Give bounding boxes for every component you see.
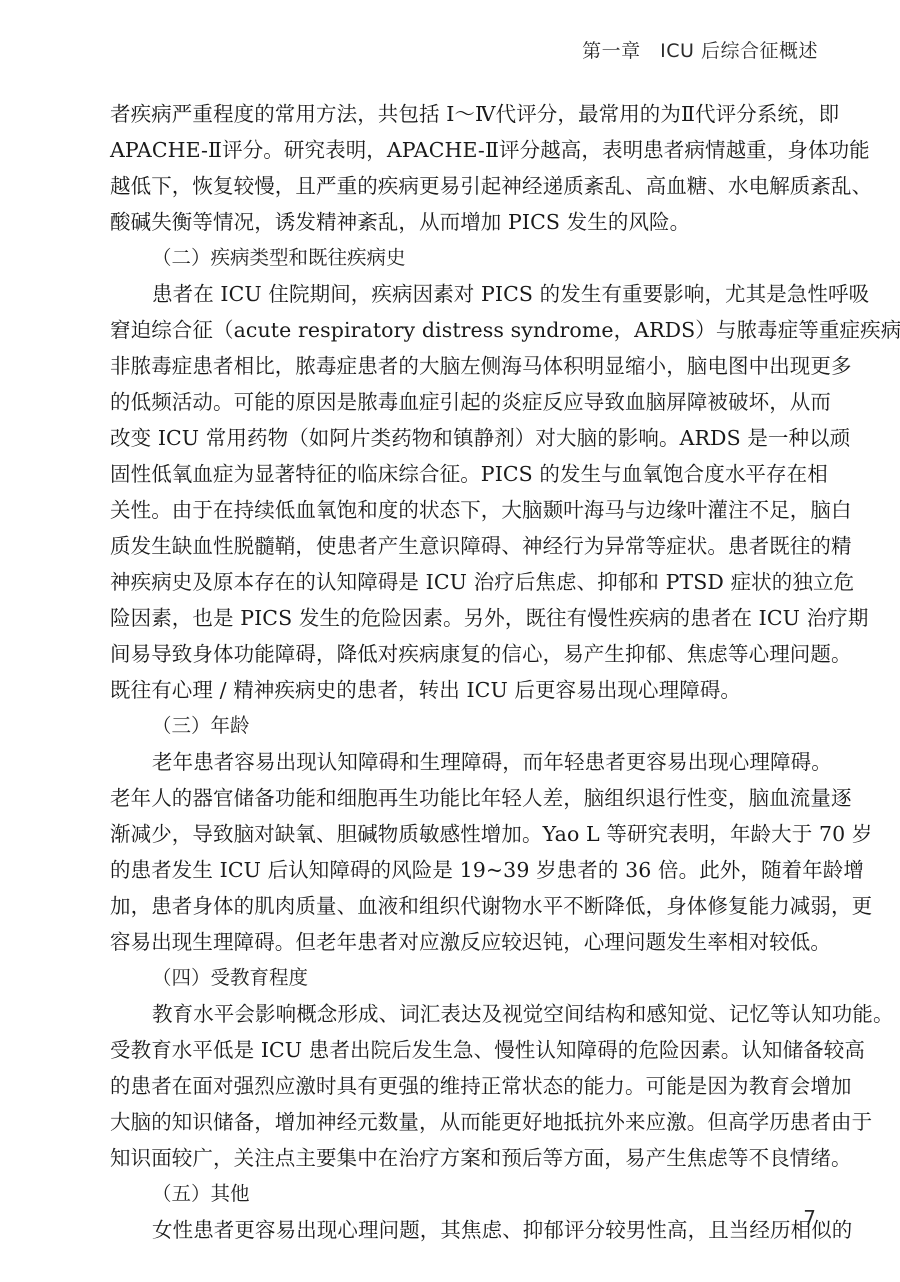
text-line: 越低下，恢复较慢，且严重的疾病更易引起神经递质紊乱、高血糖、水电解质紊乱、 bbox=[110, 168, 820, 204]
text-line: 神疾病史及原本存在的认知障碍是 ICU 治疗后焦虑、抑郁和 PTSD 症状的独立… bbox=[110, 564, 820, 600]
text-line: 既往有心理 / 精神疾病史的患者，转出 ICU 后更容易出现心理障碍。 bbox=[110, 672, 820, 708]
text-line: 受教育水平低是 ICU 患者出院后发生急、慢性认知障碍的危险因素。认知储备较高 bbox=[110, 1032, 820, 1068]
text-line: 的患者在面对强烈应激时具有更强的维持正常状态的能力。可能是因为教育会增加 bbox=[110, 1068, 820, 1104]
text-line: 渐减少，导致脑对缺氧、胆碱物质敏感性增加。Yao L 等研究表明，年龄大于 70… bbox=[110, 816, 820, 852]
paragraph-disease-type: 患者在 ICU 住院期间，疾病因素对 PICS 的发生有重要影响，尤其是急性呼吸… bbox=[110, 276, 820, 708]
text-line: 教育水平会影响概念形成、词汇表达及视觉空间结构和感知觉、记忆等认知功能。 bbox=[110, 996, 820, 1032]
text-line: 患者在 ICU 住院期间，疾病因素对 PICS 的发生有重要影响，尤其是急性呼吸 bbox=[110, 276, 820, 312]
text-line: 大脑的知识储备，增加神经元数量，从而能更好地抵抗外来应激。但高学历患者由于 bbox=[110, 1104, 820, 1140]
text-line: 女性患者更容易出现心理问题，其焦虑、抑郁评分较男性高，且当经历相似的 bbox=[110, 1212, 820, 1248]
text-line: 间易导致身体功能障碍，降低对疾病康复的信心，易产生抑郁、焦虑等心理问题。 bbox=[110, 636, 820, 672]
text-line: 加，患者身体的肌肉质量、血液和组织代谢物水平不断降低，身体修复能力减弱，更 bbox=[110, 888, 820, 924]
text-line: 险因素，也是 PICS 发生的危险因素。另外，既往有慢性疾病的患者在 ICU 治… bbox=[110, 600, 820, 636]
text-line: 窘迫综合征（acute respiratory distress syndrom… bbox=[110, 312, 820, 348]
section-heading-education: （四）受教育程度 bbox=[110, 960, 820, 996]
running-header: 第一章 ICU 后综合征概述 bbox=[582, 36, 818, 63]
text-line: APACHE-Ⅱ评分。研究表明，APACHE-Ⅱ评分越高，表明患者病情越重，身体… bbox=[110, 132, 820, 168]
paragraph-education: 教育水平会影响概念形成、词汇表达及视觉空间结构和感知觉、记忆等认知功能。 受教育… bbox=[110, 996, 820, 1176]
paragraph-other: 女性患者更容易出现心理问题，其焦虑、抑郁评分较男性高，且当经历相似的 bbox=[110, 1212, 820, 1248]
text-line: 知识面较广，关注点主要集中在治疗方案和预后等方面，易产生焦虑等不良情绪。 bbox=[110, 1140, 820, 1176]
text-line: 酸碱失衡等情况，诱发精神紊乱，从而增加 PICS 发生的风险。 bbox=[110, 204, 820, 240]
text-line: 容易出现生理障碍。但老年患者对应激反应较迟钝，心理问题发生率相对较低。 bbox=[110, 924, 820, 960]
text-line: 的患者发生 ICU 后认知障碍的风险是 19~39 岁患者的 36 倍。此外，随… bbox=[110, 852, 820, 888]
text-line: 关性。由于在持续低血氧饱和度的状态下，大脑颞叶海马与边缘叶灌注不足，脑白 bbox=[110, 492, 820, 528]
paragraph-age: 老年患者容易出现认知障碍和生理障碍，而年轻患者更容易出现心理障碍。 老年人的器官… bbox=[110, 744, 820, 960]
text-line: 者疾病严重程度的常用方法，共包括 Ⅰ～Ⅳ代评分，最常用的为Ⅱ代评分系统，即 bbox=[110, 96, 820, 132]
text-line: 固性低氧血症为显著特征的临床综合征。PICS 的发生与血氧饱合度水平存在相 bbox=[110, 456, 820, 492]
paragraph-intro: 者疾病严重程度的常用方法，共包括 Ⅰ～Ⅳ代评分，最常用的为Ⅱ代评分系统，即 AP… bbox=[110, 96, 820, 240]
text-line: 老年患者容易出现认知障碍和生理障碍，而年轻患者更容易出现心理障碍。 bbox=[110, 744, 820, 780]
text-line: 质发生缺血性脱髓鞘，使患者产生意识障碍、神经行为异常等症状。患者既往的精 bbox=[110, 528, 820, 564]
section-heading-other: （五）其他 bbox=[110, 1176, 820, 1212]
section-heading-disease-type: （二）疾病类型和既往疾病史 bbox=[110, 240, 820, 276]
page-body: 者疾病严重程度的常用方法，共包括 Ⅰ～Ⅳ代评分，最常用的为Ⅱ代评分系统，即 AP… bbox=[110, 96, 820, 1248]
text-line: 老年人的器官储备功能和细胞再生功能比年轻人差，脑组织退行性变，脑血流量逐 bbox=[110, 780, 820, 816]
text-line: 的低频活动。可能的原因是脓毒血症引起的炎症反应导致血脑屏障被破坏，从而 bbox=[110, 384, 820, 420]
page-number: 7 bbox=[803, 1206, 816, 1230]
text-line: 非脓毒症患者相比，脓毒症患者的大脑左侧海马体积明显缩小，脑电图中出现更多 bbox=[110, 348, 820, 384]
text-line: 改变 ICU 常用药物（如阿片类药物和镇静剂）对大脑的影响。ARDS 是一种以顽 bbox=[110, 420, 820, 456]
section-heading-age: （三）年龄 bbox=[110, 708, 820, 744]
